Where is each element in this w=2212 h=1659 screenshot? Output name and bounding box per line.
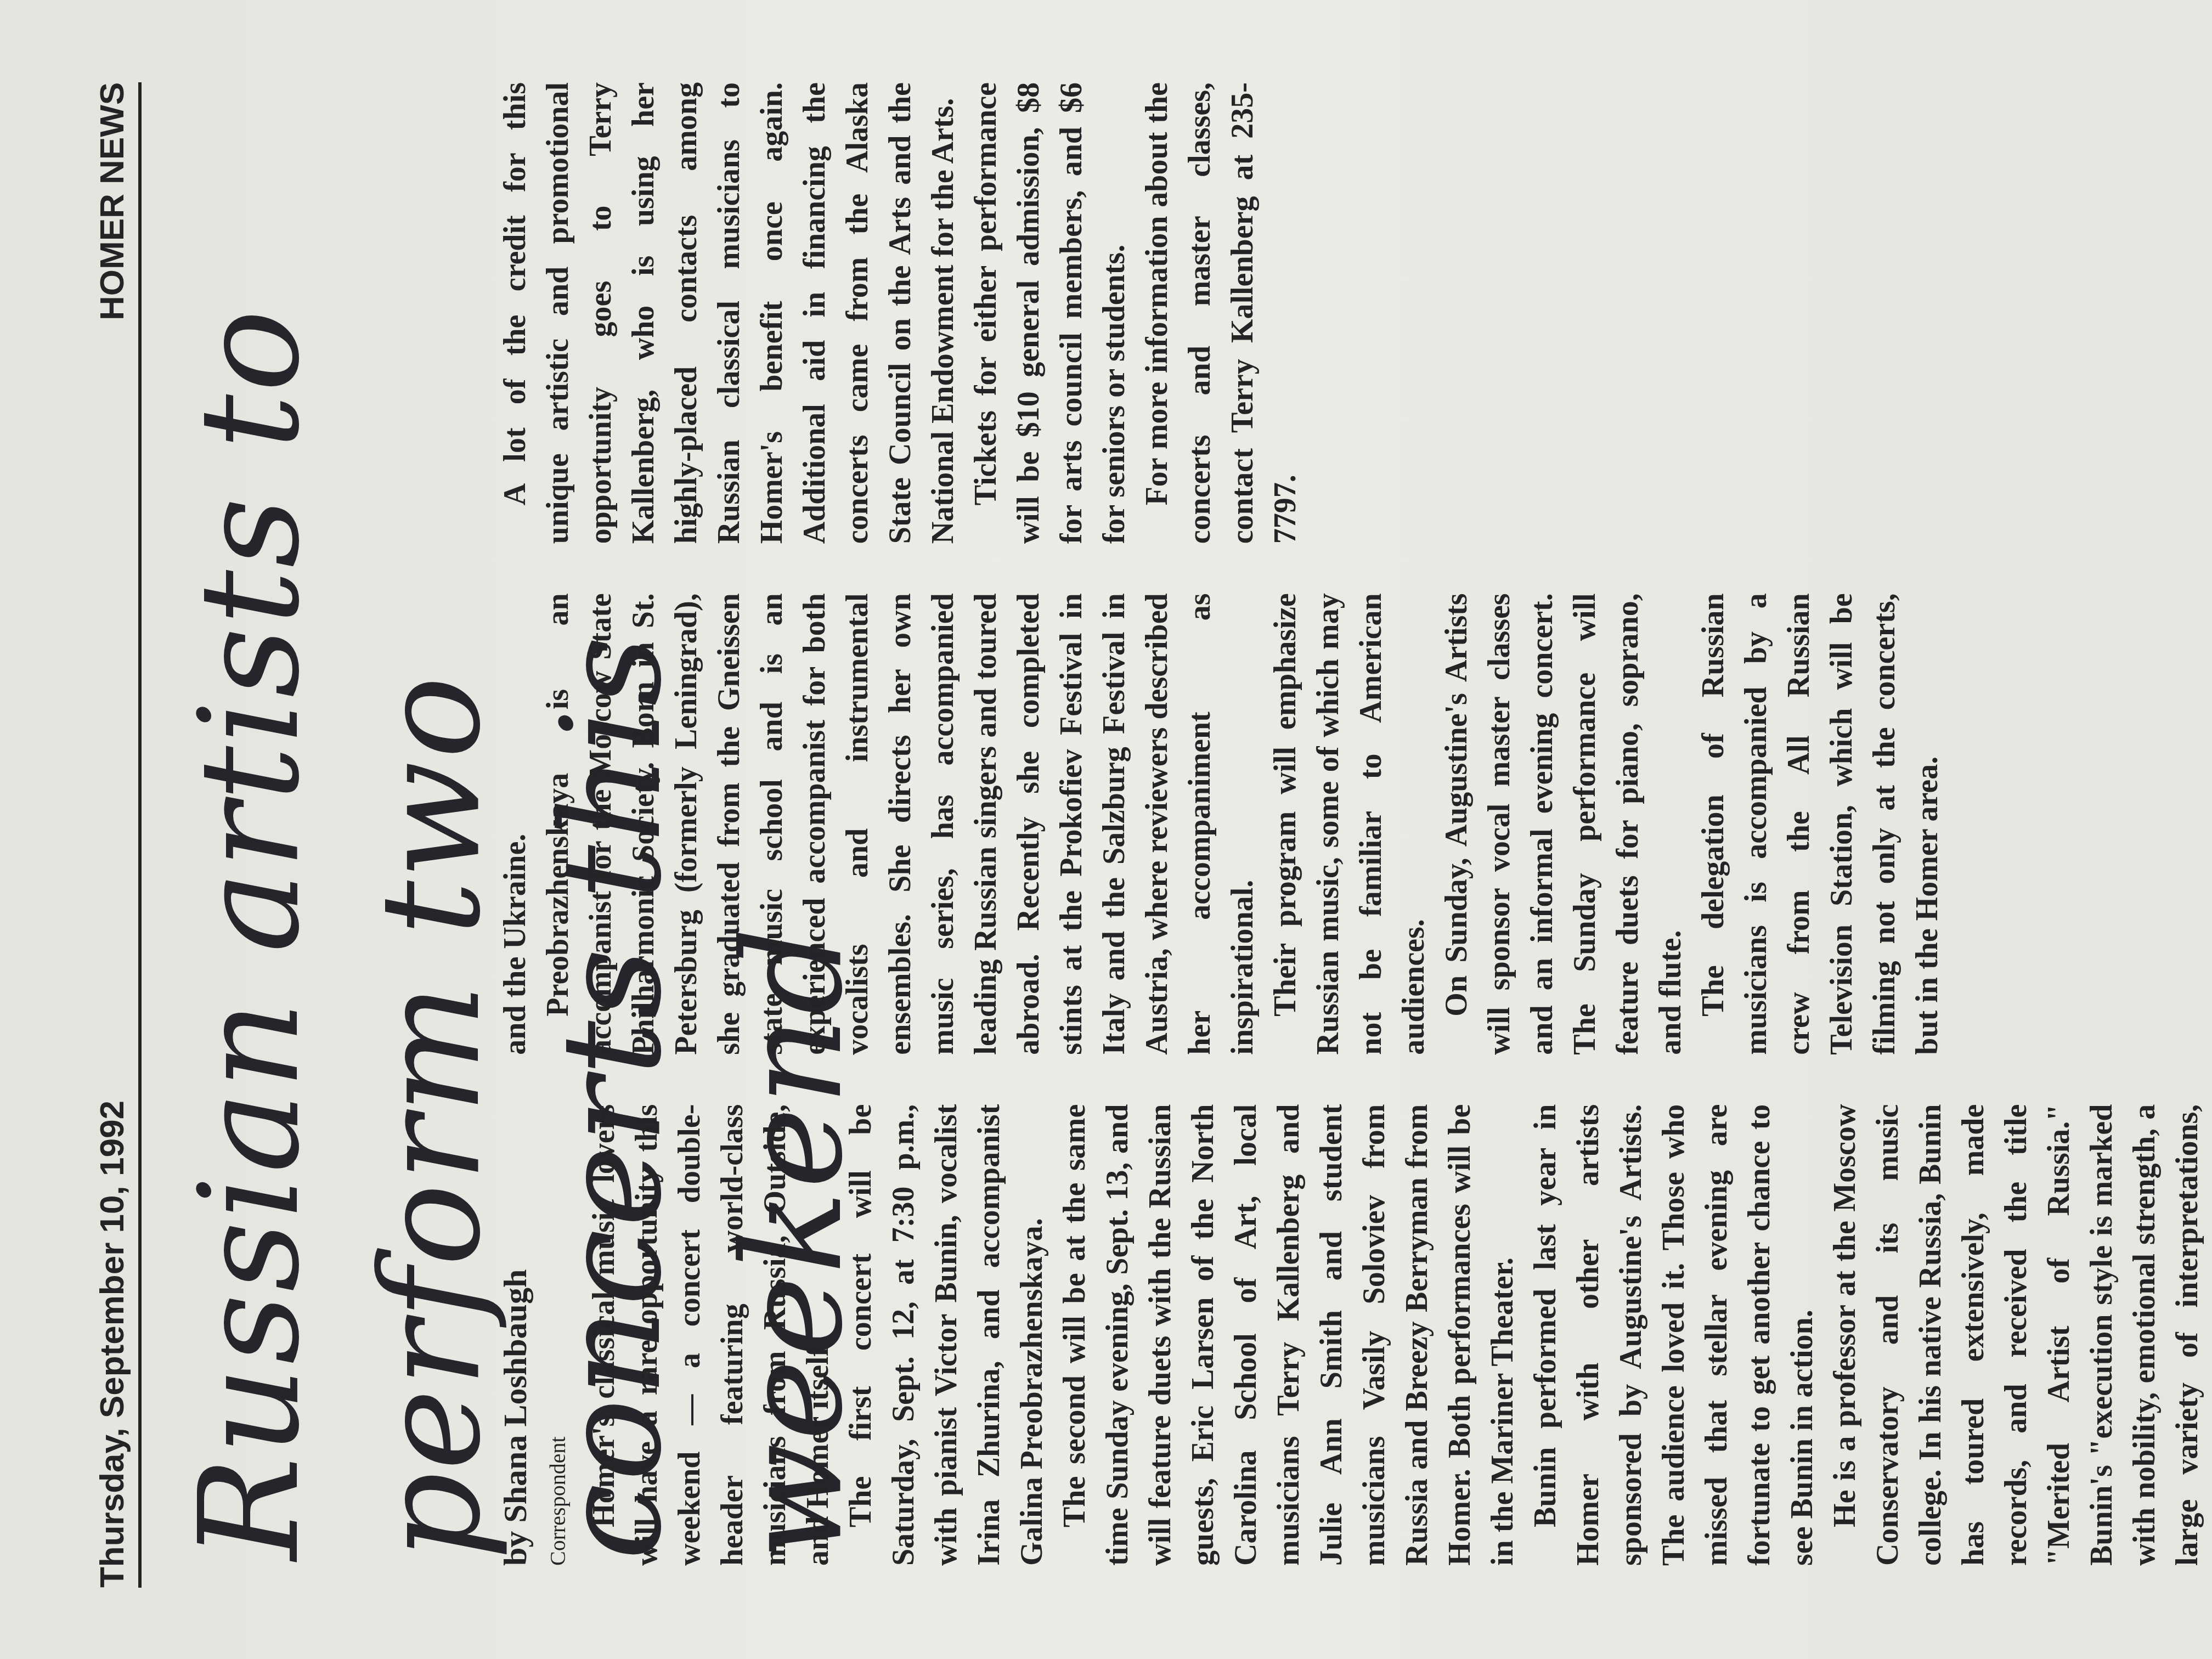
paragraph: He is a professor at the Moscow Conserva… <box>1824 1104 2212 1566</box>
article-page: Thursday, September 10, 1992 HOMER NEWS … <box>0 0 2212 1659</box>
article-body: by Shana Loshbaugh Correspondent Homer's… <box>494 82 2212 1566</box>
paragraph: The second will be at the same time Sund… <box>1053 1104 1524 1566</box>
paragraph: Tickets for either performance will be $… <box>964 82 1136 544</box>
paragraph: Their program will emphasize Russian mus… <box>1264 593 1435 1054</box>
paragraph: The delegation of Russian musicians is a… <box>1692 593 1949 1054</box>
byline: by Shana Loshbaugh <box>494 1104 537 1566</box>
paragraph: A lot of the credit for this unique arti… <box>494 82 964 544</box>
paper-name: HOMER NEWS <box>93 82 132 320</box>
column-2: and the Ukraine.Preobrazhenskaya is an a… <box>494 593 2212 1054</box>
paragraph: Bunin performed last year in Homer with … <box>1524 1104 1824 1566</box>
masthead: Thursday, September 10, 1992 HOMER NEWS <box>82 82 142 1588</box>
paragraph: and the Ukraine. <box>494 593 537 1054</box>
paragraph: The first concert will be Saturday, Sept… <box>839 1104 1053 1566</box>
column-1: by Shana Loshbaugh Correspondent Homer's… <box>494 1104 2212 1566</box>
paragraph: On Sunday, Augustine's Artists will spon… <box>1435 593 1692 1054</box>
issue-date: Thursday, September 10, 1992 <box>93 1101 132 1588</box>
column-3: A lot of the credit for this unique arti… <box>494 82 2212 544</box>
byline-role: Correspondent <box>537 1104 579 1566</box>
paragraph: For more information about the concerts … <box>1136 82 1307 544</box>
paragraph: Preobrazhenskaya is an accompanist for t… <box>537 593 1264 1054</box>
paragraph: Homer's classical music lovers will have… <box>583 1104 839 1566</box>
